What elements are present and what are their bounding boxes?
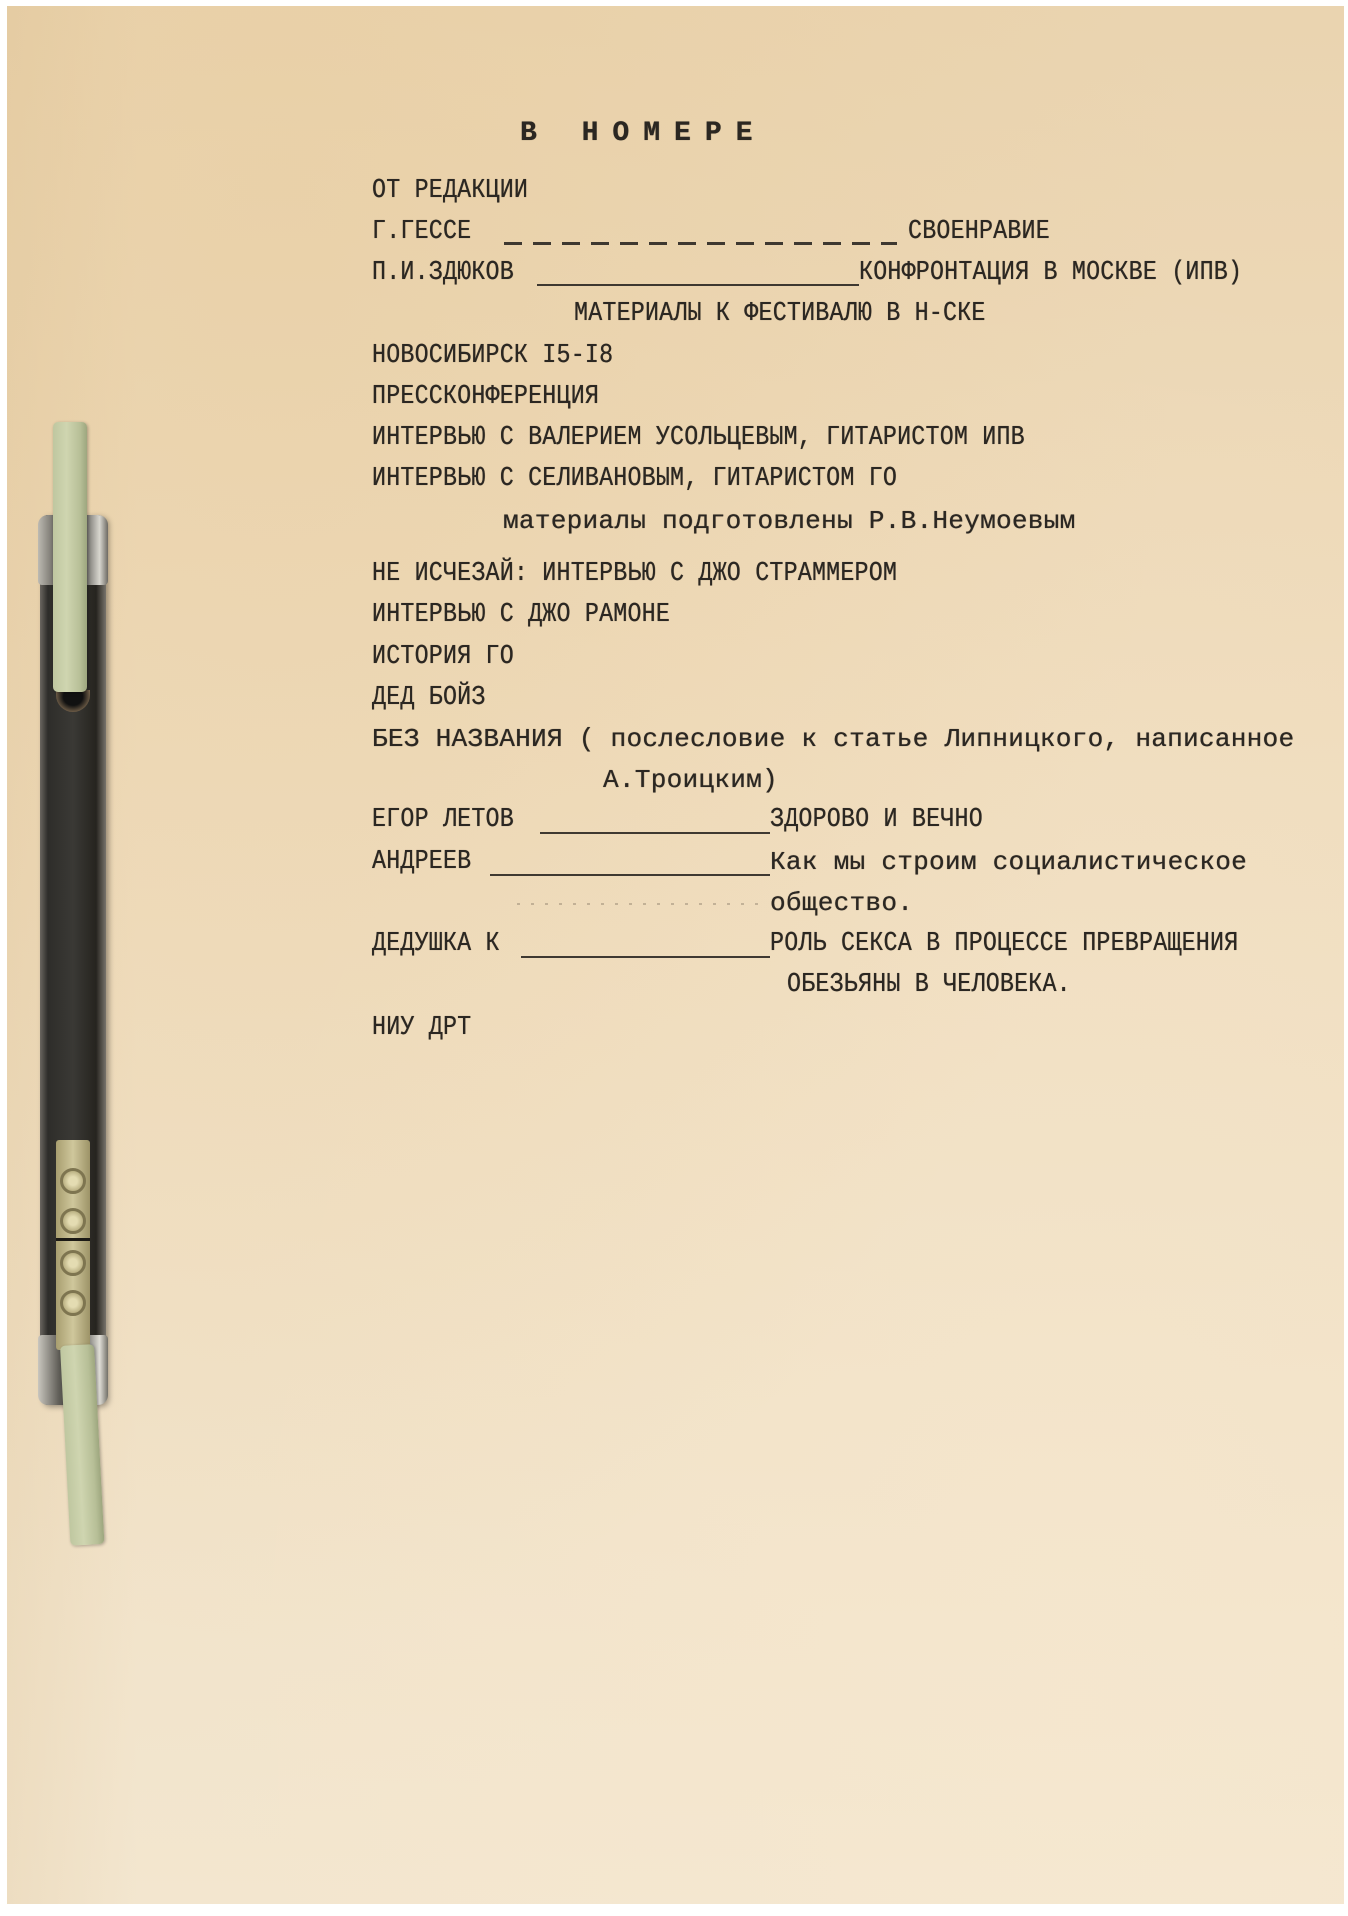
entry-letov-title: ЗДОРОВО И ВЕЧНО [770,807,983,834]
emboss-dimple [60,1168,86,1194]
entry-interview-usoltsev: ИНТЕРВЬЮ С ВАЛЕРИЕМ УСОЛЬЦЕВЫМ, ГИТАРИСТ… [372,425,1025,452]
entry-editorial: ОТ РЕДАКЦИИ [372,178,528,205]
typed-document-page: В НОМЕРЕ ОТ РЕДАКЦИИ Г.ГЕССЕ СВОЕНРАВИЕ … [7,6,1344,1904]
solid-leader [521,956,770,958]
entry-dead-boys: ДЕД БОЙЗ [372,685,486,712]
entry-untitled-continuation: А.Троицким) [603,767,778,793]
entry-ramone: ИНТЕРВЬЮ С ДЖО РАМОНЕ [372,602,670,629]
section-festival: МАТЕРИАЛЫ К ФЕСТИВАЛЮ В Н-СКЕ [574,301,986,328]
fastener-tongue-top [53,422,87,692]
entry-strummer: НЕ ИСЧЕЗАЙ: ИНТЕРВЬЮ С ДЖО СТРАММЕРОМ [372,561,897,588]
entry-dedushka-title: РОЛЬ СЕКСА В ПРОЦЕССЕ ПРЕВРАЩЕНИЯ [770,931,1238,958]
entry-andreev-title: Как мы строим социалистическое [770,849,1247,875]
entry-hesse-author: Г.ГЕССЕ [372,219,471,246]
entry-press-conference: ПРЕССКОНФЕРЕНЦИЯ [372,384,599,411]
entry-history-go: ИСТОРИЯ ГО [372,644,514,671]
faint-dots [517,903,767,905]
entry-letov-author: ЕГОР ЛЕТОВ [372,807,514,834]
entry-novosibirsk: НОВОСИБИРСК I5-I8 [372,343,613,370]
binder-fastener [0,0,150,1916]
entry-niu-drt: НИУ ДРТ [372,1015,471,1042]
entry-andreev-continuation: общество. [770,890,913,916]
solid-leader [490,874,770,876]
emboss-slit [56,1238,90,1241]
document-heading: В НОМЕРЕ [520,120,766,148]
dashed-leader [504,242,897,245]
emboss-dimple [60,1290,86,1316]
entry-zdyukov-title: КОНФРОНТАЦИЯ В МОСКВЕ (ИПВ) [859,260,1242,287]
solid-leader [540,832,770,834]
entry-andreev-author: АНДРЕЕВ [372,849,471,876]
emboss-dimple [60,1208,86,1234]
fastener-embossed-plate [56,1140,90,1350]
solid-leader [537,284,859,286]
entry-dedushka-author: ДЕДУШКА К [372,931,500,958]
entry-interview-selivanov: ИНТЕРВЬЮ С СЕЛИВАНОВЫМ, ГИТАРИСТОМ ГО [372,466,897,493]
entry-hesse-title: СВОЕНРАВИЕ [908,219,1050,246]
note-prepared-by: материалы подготовлены Р.В.Неумоевым [503,508,1076,534]
entry-zdyukov-author: П.И.ЗДЮКОВ [372,260,514,287]
entry-untitled: БЕЗ НАЗВАНИЯ ( послесловие к статье Липн… [372,726,1294,752]
emboss-dimple [60,1250,86,1276]
entry-dedushka-continuation: ОБЕЗЬЯНЫ В ЧЕЛОВЕКА. [787,972,1071,999]
